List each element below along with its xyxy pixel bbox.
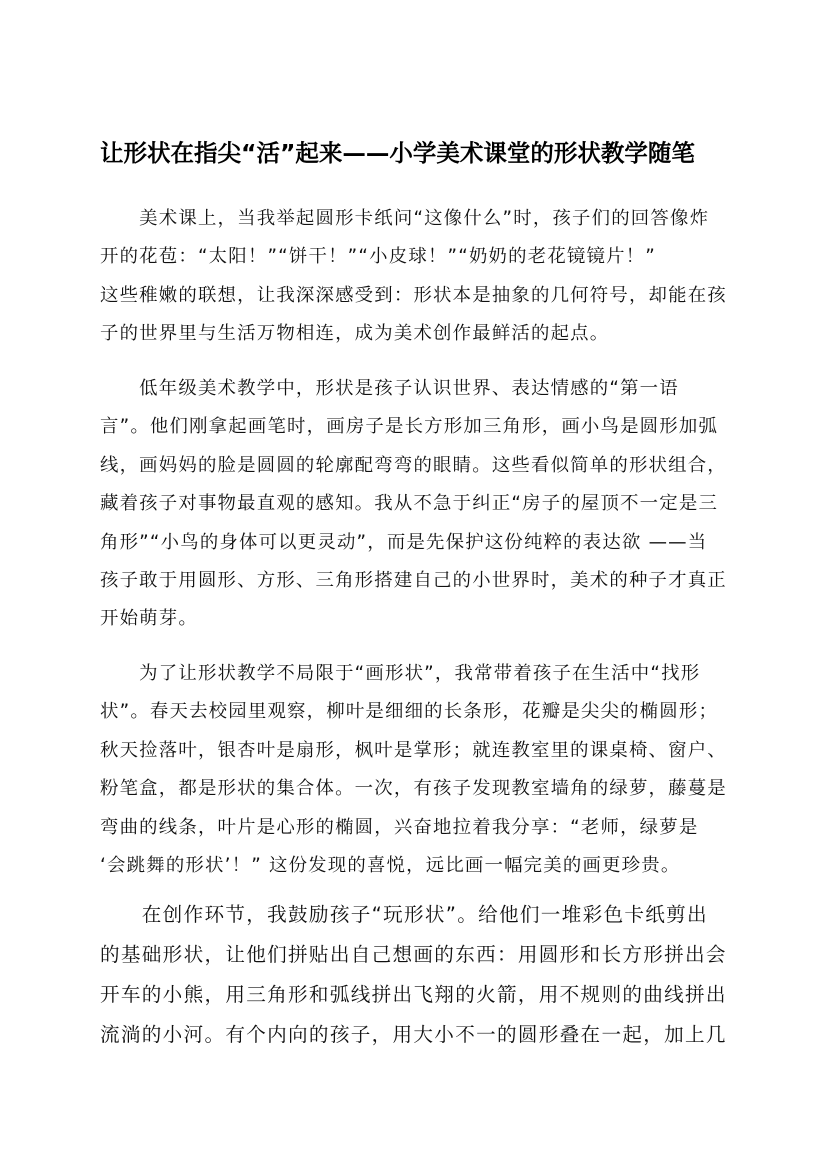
- text-line: 的基础形状，让他们拼贴出自己想画的东西：用圆形和长方形拼出会: [100, 935, 730, 975]
- text-line: 美术课上，当我举起圆形卡纸问“这像什么”时，孩子们的回答像炸: [100, 200, 730, 238]
- text-line: 言”。他们刚拿起画笔时，画房子是长方形加三角形，画小鸟是圆形加弧: [100, 408, 730, 446]
- text-line: 开车的小熊，用三角形和弧线拼出飞翔的火箭，用不规则的曲线拼出: [100, 975, 730, 1015]
- text-line: 秋天捡落叶，银杏叶是扇形，枫叶是掌形；就连教室里的课桌椅、窗户、: [100, 732, 730, 770]
- paragraph-4: 在创作环节，我鼓励孩子“玩形状”。给他们一堆彩色卡纸剪出 的基础形状，让他们拼贴…: [100, 895, 730, 1055]
- document-page: 让形状在指尖“活”起来——小学美术课堂的形状教学随笔 美术课上，当我举起圆形卡纸…: [0, 0, 827, 1170]
- text-line: 状”。春天去校园里观察，柳叶是细细的长条形，花瓣是尖尖的椭圆形；: [100, 693, 730, 731]
- text-line: 粉笔盒，都是形状的集合体。一次，有孩子发现教室墙角的绿萝，藤蔓是: [100, 770, 730, 808]
- text-line: 线，画妈妈的脸是圆圆的轮廓配弯弯的眼睛。这些看似简单的形状组合，: [100, 447, 730, 485]
- text-line: 角形”“小鸟的身体可以更灵动”，而是先保护这份纯粹的表达欲 ——当: [100, 524, 730, 562]
- text-line: 这些稚嫩的联想，让我深深感受到：形状本是抽象的几何符号，却能在孩: [100, 277, 730, 315]
- paragraph-1: 美术课上，当我举起圆形卡纸问“这像什么”时，孩子们的回答像炸 开的花苞：“太阳！…: [100, 200, 730, 354]
- text-line: 弯曲的线条，叶片是心形的椭圆，兴奋地拉着我分享：“老师，绿萝是: [100, 809, 730, 847]
- text-line: 流淌的小河。有个内向的孩子，用大小不一的圆形叠在一起，加上几: [100, 1015, 730, 1055]
- text-line: 藏着孩子对事物最直观的感知。我从不急于纠正“房子的屋顶不一定是三: [100, 485, 730, 523]
- document-title: 让形状在指尖“活”起来——小学美术课堂的形状教学随笔: [100, 135, 740, 171]
- text-line: ‘会跳舞的形状’！” 这份发现的喜悦，远比画一幅完美的画更珍贵。: [100, 847, 730, 885]
- text-line: 开始萌芽。: [100, 600, 730, 638]
- paragraph-2: 低年级美术教学中，形状是孩子认识世界、表达情感的“第一语 言”。他们刚拿起画笔时…: [100, 370, 730, 639]
- text-line: 开的花苞：“太阳！”“饼干！”“小皮球！”“奶奶的老花镜镜片！”: [100, 238, 730, 276]
- paragraph-3: 为了让形状教学不局限于“画形状”，我常带着孩子在生活中“找形 状”。春天去校园里…: [100, 655, 730, 885]
- text-line: 低年级美术教学中，形状是孩子认识世界、表达情感的“第一语: [100, 370, 730, 408]
- text-line: 为了让形状教学不局限于“画形状”，我常带着孩子在生活中“找形: [100, 655, 730, 693]
- text-line: 子的世界里与生活万物相连，成为美术创作最鲜活的起点。: [100, 315, 730, 353]
- text-line: 在创作环节，我鼓励孩子“玩形状”。给他们一堆彩色卡纸剪出: [100, 895, 730, 935]
- text-line: 孩子敢于用圆形、方形、三角形搭建自己的小世界时，美术的种子才真正: [100, 562, 730, 600]
